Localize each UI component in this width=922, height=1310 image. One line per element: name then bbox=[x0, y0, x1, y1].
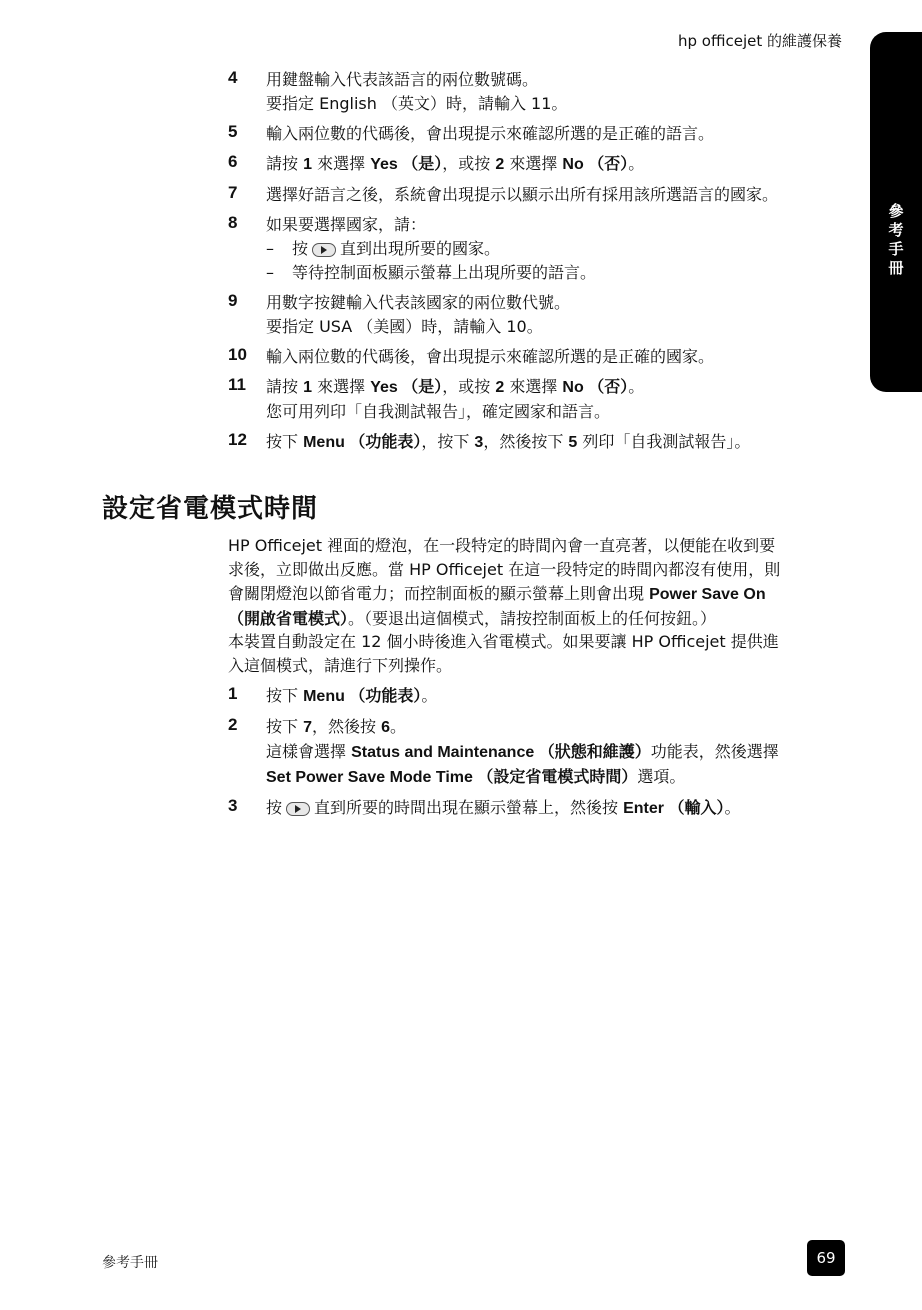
sub-step: –按直到出現所要的國家。 bbox=[266, 237, 848, 261]
step-number: 5 bbox=[228, 122, 237, 142]
step-number: 9 bbox=[228, 291, 237, 311]
power-save-steps: 1 按下 Menu （功能表）。 2 按下 7，然後按 6。 這樣會選擇 Sta… bbox=[228, 684, 848, 821]
footer-label: 參考手冊 bbox=[102, 1252, 158, 1272]
step-text: 用鍵盤輸入代表該語言的兩位數號碼。 bbox=[266, 68, 848, 92]
step-number: 11 bbox=[228, 375, 246, 395]
step-number: 12 bbox=[228, 430, 247, 450]
step-11: 11 請按 1 來選擇 Yes （是），或按 2 來選擇 No （否）。 您可用… bbox=[228, 375, 848, 424]
para-line: HP Officejet 裡面的燈泡，在一段特定的時間內會一直亮著，以便能在收到… bbox=[228, 534, 848, 558]
step-9: 9 用數字按鍵輸入代表該國家的兩位數代號。 要指定 USA （美國）時，請輸入 … bbox=[228, 291, 848, 339]
step-text: 按下 Menu （功能表）。 bbox=[266, 684, 848, 709]
step-5: 5 輸入兩位數的代碼後，會出現提示來確認所選的是正確的語言。 bbox=[228, 122, 848, 146]
step-text: 輸入兩位數的代碼後，會出現提示來確認所選的是正確的國家。 bbox=[266, 345, 848, 369]
step-note: 要指定 USA （美國）時，請輸入 10。 bbox=[266, 315, 848, 339]
step-note: 您可用列印「自我測試報告」，確定國家和語言。 bbox=[266, 400, 848, 424]
step-text: 請按 1 來選擇 Yes （是），或按 2 來選擇 No （否）。 bbox=[266, 152, 848, 177]
language-country-steps: 4 用鍵盤輸入代表該語言的兩位數號碼。 要指定 English （英文）時，請輸… bbox=[228, 68, 848, 455]
step-6: 6 請按 1 來選擇 Yes （是），或按 2 來選擇 No （否）。 bbox=[228, 152, 848, 177]
para-line: （開啟省電模式）。（要退出這個模式，請按控制面板上的任何按鈕。） bbox=[228, 607, 848, 632]
right-arrow-button-icon bbox=[286, 802, 310, 816]
step-text: 按下 Menu （功能表），按下 3，然後按下 5 列印「自我測試報告」。 bbox=[266, 430, 848, 455]
para-line: 會關閉燈泡以節省電力；而控制面板的顯示螢幕上則會出現 Power Save On bbox=[228, 582, 848, 607]
step-7: 7 選擇好語言之後，系統會出現提示以顯示出所有採用該所選語言的國家。 bbox=[228, 183, 848, 207]
step-8: 8 如果要選擇國家，請： –按直到出現所要的國家。 –等待控制面板顯示螢幕上出現… bbox=[228, 213, 848, 285]
step-number: 3 bbox=[228, 796, 237, 816]
section-title: 設定省電模式時間 bbox=[102, 488, 318, 525]
ps-step-2: 2 按下 7，然後按 6。 這樣會選擇 Status and Maintenan… bbox=[228, 715, 848, 790]
step-number: 8 bbox=[228, 213, 237, 233]
step-number: 10 bbox=[228, 345, 247, 365]
step-text: 輸入兩位數的代碼後，會出現提示來確認所選的是正確的語言。 bbox=[266, 122, 848, 146]
side-tab: 參考手冊 bbox=[870, 32, 922, 392]
step-text: 用數字按鍵輸入代表該國家的兩位數代號。 bbox=[266, 291, 848, 315]
step-4: 4 用鍵盤輸入代表該語言的兩位數號碼。 要指定 English （英文）時，請輸… bbox=[228, 68, 848, 116]
step-text: 選擇好語言之後，系統會出現提示以顯示出所有採用該所選語言的國家。 bbox=[266, 183, 848, 207]
step-text: 按下 7，然後按 6。 bbox=[266, 715, 848, 740]
ps-step-1: 1 按下 Menu （功能表）。 bbox=[228, 684, 848, 709]
running-header: hp officejet 的維護保養 bbox=[678, 30, 842, 51]
step-number: 2 bbox=[228, 715, 237, 735]
para-line: 入這個模式，請進行下列操作。 bbox=[228, 654, 848, 678]
power-save-description: HP Officejet 裡面的燈泡，在一段特定的時間內會一直亮著，以便能在收到… bbox=[228, 534, 848, 632]
step-number: 1 bbox=[228, 684, 237, 704]
step-10: 10 輸入兩位數的代碼後，會出現提示來確認所選的是正確的國家。 bbox=[228, 345, 848, 369]
step-note: 這樣會選擇 Status and Maintenance （狀態和維護）功能表，… bbox=[266, 740, 848, 765]
sub-step: –等待控制面板顯示螢幕上出現所要的語言。 bbox=[266, 261, 848, 285]
ps-step-3: 3 按直到所要的時間出現在顯示螢幕上，然後按 Enter （輸入）。 bbox=[228, 796, 848, 821]
right-arrow-button-icon bbox=[312, 243, 336, 257]
step-note: Set Power Save Mode Time （設定省電模式時間）選項。 bbox=[266, 765, 848, 790]
step-note: 要指定 English （英文）時，請輸入 11。 bbox=[266, 92, 848, 116]
step-number: 7 bbox=[228, 183, 237, 203]
para-line: 求後，立即做出反應。當 HP Officejet 在這一段特定的時間內都沒有使用… bbox=[228, 558, 848, 582]
side-tab-label: 參考手冊 bbox=[886, 202, 906, 278]
step-number: 6 bbox=[228, 152, 237, 172]
page-number: 69 bbox=[807, 1240, 845, 1276]
para-line: 本裝置自動設定在 12 個小時後進入省電模式。如果要讓 HP Officejet… bbox=[228, 630, 848, 654]
auto-setting-description: 本裝置自動設定在 12 個小時後進入省電模式。如果要讓 HP Officejet… bbox=[228, 630, 848, 678]
step-text: 請按 1 來選擇 Yes （是），或按 2 來選擇 No （否）。 bbox=[266, 375, 848, 400]
step-text: 按直到所要的時間出現在顯示螢幕上，然後按 Enter （輸入）。 bbox=[266, 796, 848, 821]
step-text: 如果要選擇國家，請： bbox=[266, 213, 848, 237]
step-number: 4 bbox=[228, 68, 237, 88]
step-12: 12 按下 Menu （功能表），按下 3，然後按下 5 列印「自我測試報告」。 bbox=[228, 430, 848, 455]
